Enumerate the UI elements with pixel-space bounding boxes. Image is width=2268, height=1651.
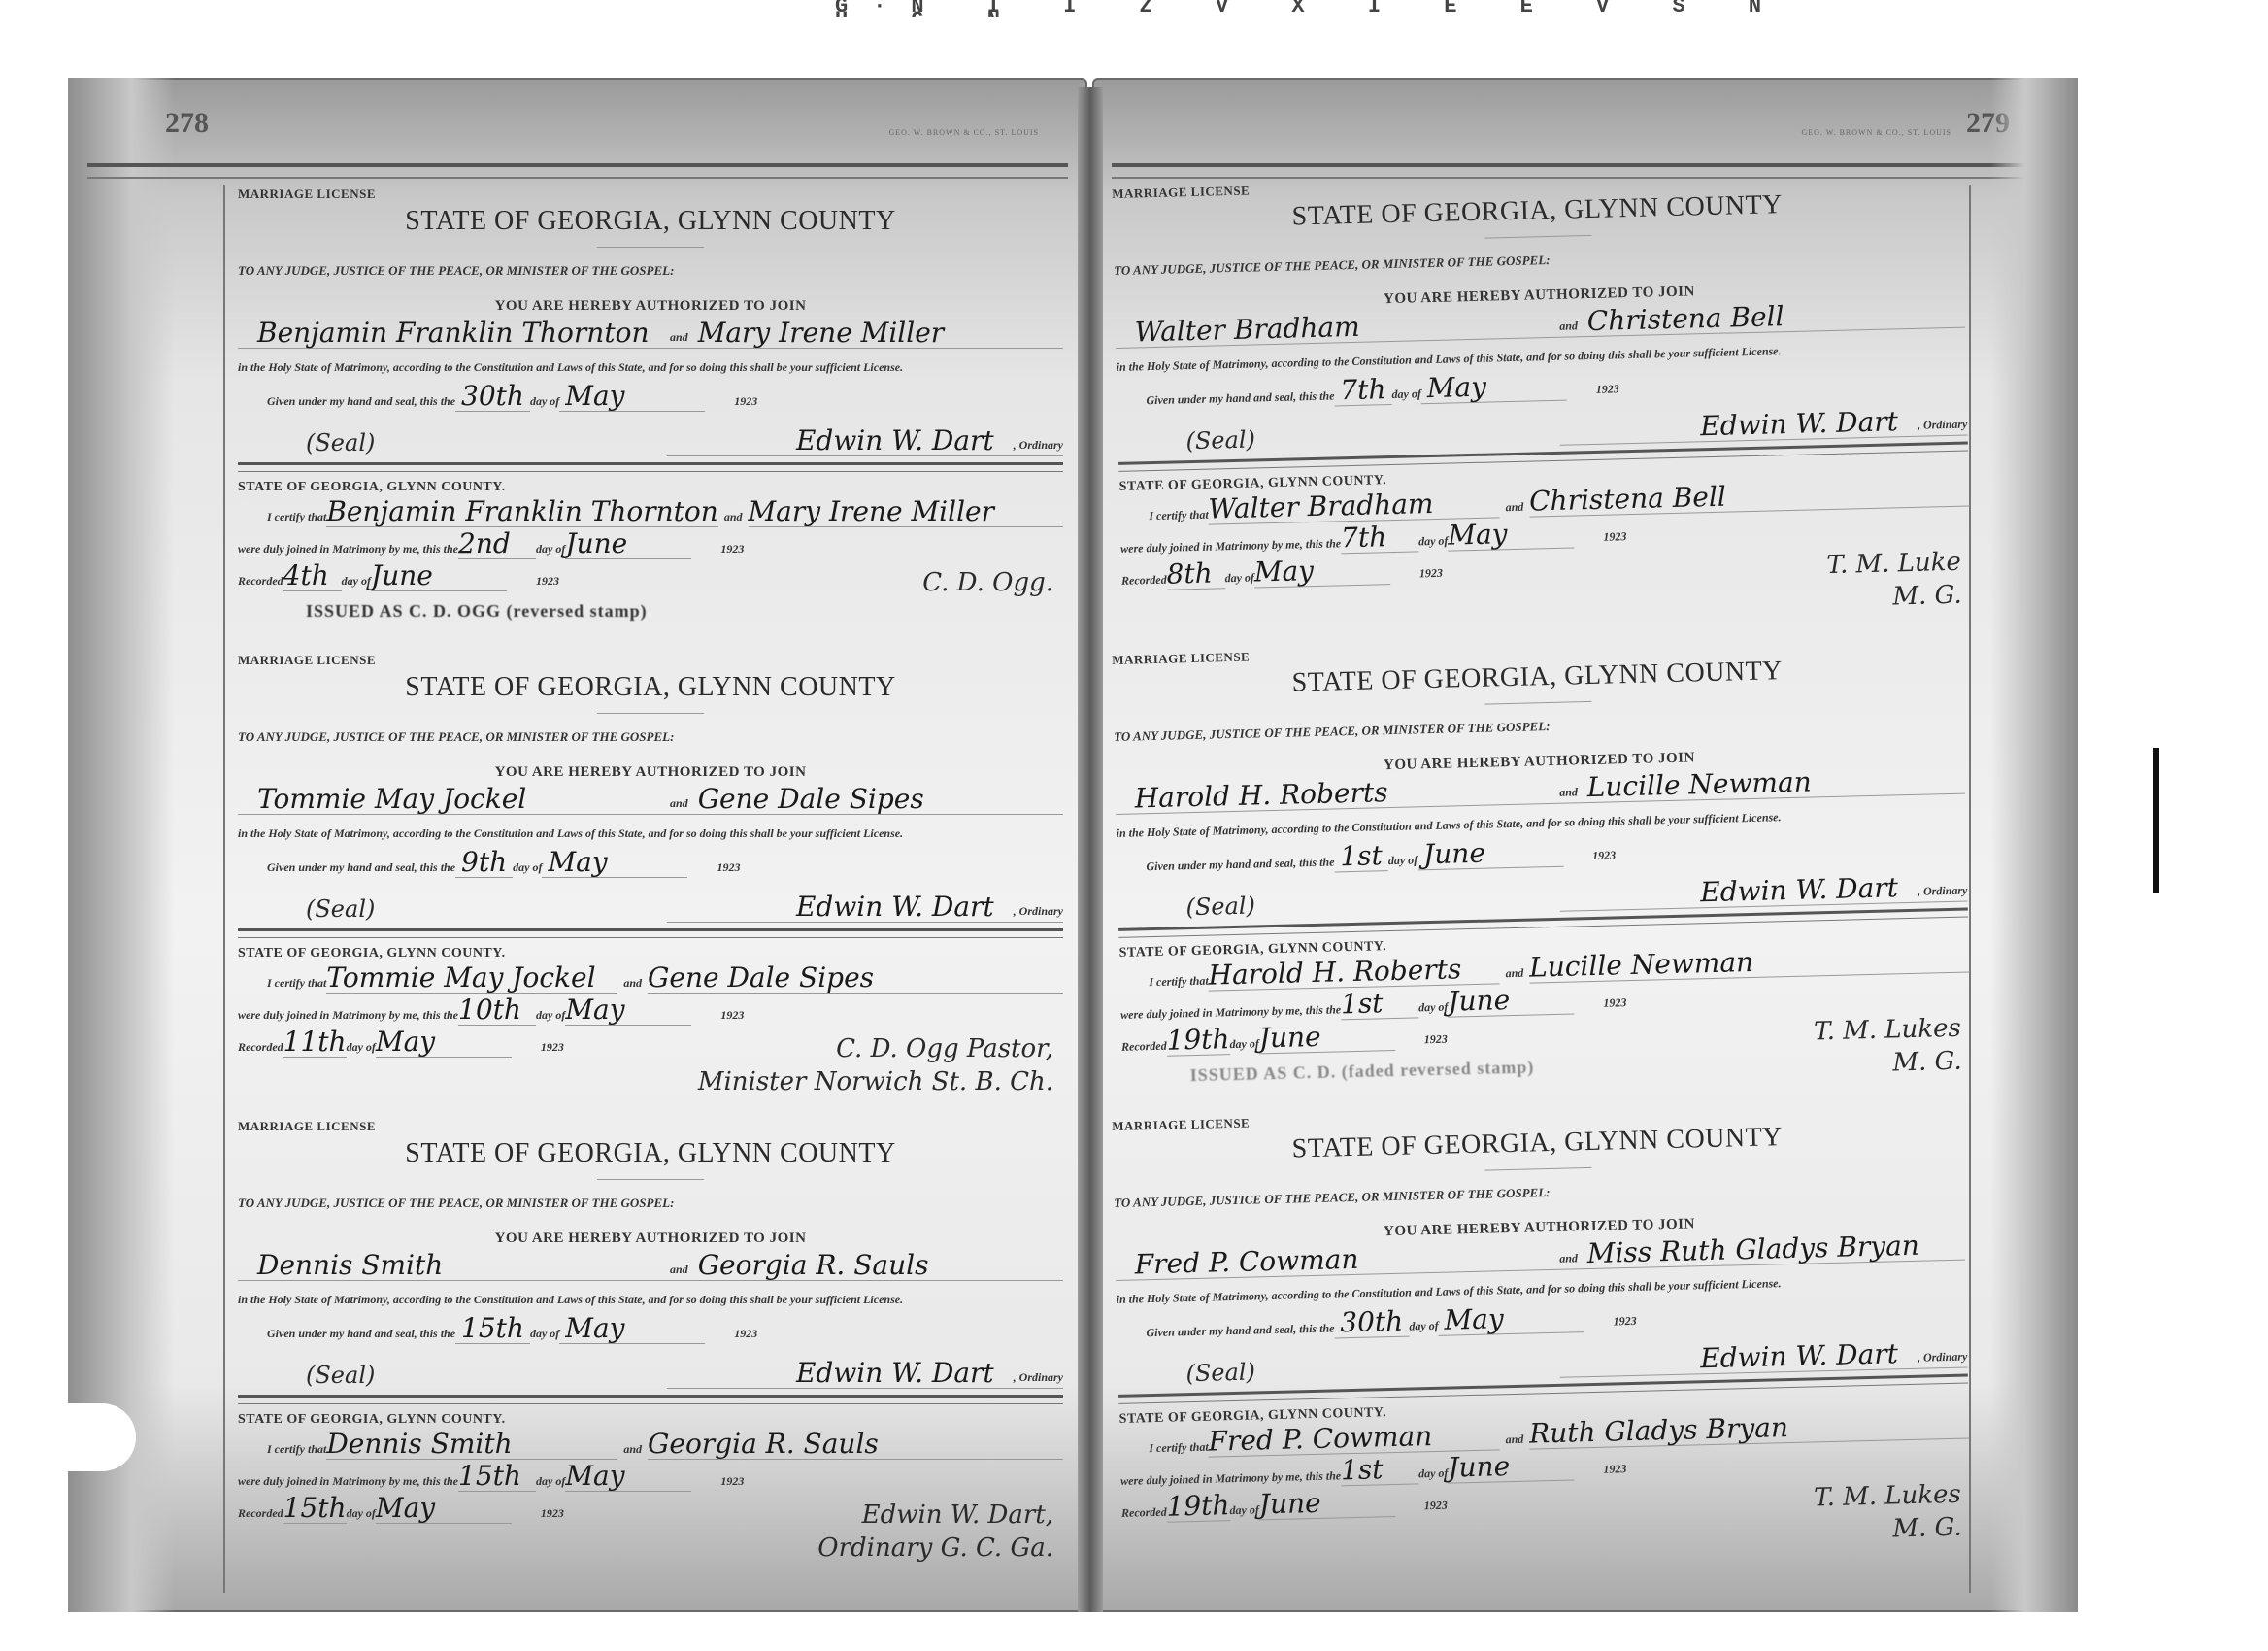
license-month: May	[542, 848, 613, 877]
ordinary-label: , Ordinary	[1014, 438, 1063, 455]
cert-bride-name: Ruth Gladys Bryan	[1529, 1413, 1788, 1449]
salutation: TO ANY JUDGE, JUSTICE OF THE PEACE, OR M…	[238, 1196, 1063, 1211]
joined-day: 7th	[1341, 522, 1387, 553]
license-date-line: Given under my hand and seal, this the 3…	[267, 382, 1063, 412]
officiant-signature: Edwin W. Dart, Ordinary G. C. Ga.	[817, 1499, 1053, 1565]
header-rule	[87, 163, 1068, 179]
and-label: and	[623, 976, 642, 994]
joined-label: were duly joined in Matrimony by me, thi…	[238, 1008, 458, 1026]
joined-line: were duly joined in Matrimony by me, thi…	[238, 1462, 1063, 1492]
day-of-label: day of	[513, 860, 542, 878]
scan-artifact	[29, 1403, 136, 1471]
matrimony-clause: in the Holy State of Matrimony, accordin…	[238, 1289, 1063, 1310]
recorded-month: June	[1258, 1489, 1321, 1520]
joined-year: 1923	[720, 542, 744, 559]
page-content: MARRIAGE LICENSE STATE OF GEORGIA, GLYNN…	[1112, 183, 1961, 1583]
license-year: 1923	[1613, 1314, 1636, 1332]
certify-label: I certify that	[267, 1442, 326, 1460]
joined-day: 2nd	[458, 529, 511, 558]
bride-name: Mary Irene Miller	[698, 319, 944, 348]
cert-bride-name: Mary Irene Miller	[749, 497, 994, 526]
ordinary-label: , Ordinary	[1918, 884, 1968, 902]
day-of-label: day of	[1418, 534, 1449, 553]
clerk-stamp: ISSUED AS C. D. OGG (reversed stamp)	[306, 601, 1063, 622]
cert-groom-name: Harold H. Roberts	[1208, 955, 1461, 990]
day-of-label: day of	[536, 1474, 565, 1492]
day-of-label: day of	[1409, 1319, 1439, 1337]
cert-groom-name: Benjamin Franklin Thornton	[326, 497, 717, 526]
day-of-label: day of	[1391, 387, 1421, 405]
license-title: STATE OF GEORGIA, GLYNN COUNTY	[238, 672, 1063, 703]
names-line: Tommie May Jockel and Gene Dale Sipes	[238, 781, 1063, 815]
margin-rule	[1969, 185, 1971, 1593]
certify-label: I certify that	[267, 976, 326, 994]
certify-label: I certify that	[1149, 974, 1209, 993]
ordinary-signature-line: Edwin W. Dart , Ordinary	[1559, 406, 1968, 446]
certificate-heading: STATE OF GEORGIA, GLYNN COUNTY.	[238, 946, 1063, 961]
salutation: TO ANY JUDGE, JUSTICE OF THE PEACE, OR M…	[238, 729, 1063, 745]
joined-month: May	[565, 1462, 624, 1491]
groom-name: Harold H. Roberts	[1115, 774, 1559, 814]
day-of-label: day of	[1418, 1466, 1449, 1485]
ordinary-label: , Ordinary	[1918, 418, 1968, 436]
recorded-month: May	[376, 1028, 435, 1057]
license-day: 9th	[455, 848, 513, 877]
bride-name: Lucille Newman	[1586, 767, 1812, 802]
ordinary-signature: Edwin W. Dart	[1700, 873, 1898, 907]
seal-mark: (Seal)	[306, 1362, 375, 1389]
license-title: STATE OF GEORGIA, GLYNN COUNTY	[238, 1138, 1063, 1169]
license-day: 30th	[455, 382, 530, 411]
groom-name: Fred P. Cowman	[1115, 1240, 1559, 1280]
license-month: May	[559, 1314, 630, 1343]
license-month: May	[1438, 1304, 1510, 1335]
day-of-label: day of	[530, 1327, 559, 1344]
recorded-day: 15th	[283, 1494, 347, 1523]
certify-label: I certify that	[1149, 508, 1209, 526]
given-label: Given under my hand and seal, this the	[1146, 1321, 1334, 1343]
license-day: 30th	[1334, 1307, 1410, 1338]
ordinary-label: , Ordinary	[1014, 1370, 1063, 1388]
day-of-label: day of	[1418, 1000, 1449, 1019]
recorded-month: June	[371, 561, 433, 590]
marriage-record: MARRIAGE LICENSE STATE OF GEORGIA, GLYNN…	[238, 183, 1063, 649]
title-underline	[1484, 701, 1591, 705]
joined-year: 1923	[720, 1474, 744, 1492]
printer-imprint: GEO. W. BROWN & CO., ST. LOUIS	[1801, 128, 1951, 137]
marriage-record: MARRIAGE LICENSE STATE OF GEORGIA, GLYNN…	[1112, 1095, 1972, 1581]
certify-line: I certify that Dennis Smith and Georgia …	[267, 1430, 1063, 1460]
day-of-label: day of	[342, 574, 371, 591]
joined-day: 10th	[458, 995, 521, 1025]
authorized-heading: YOU ARE HEREBY AUTHORIZED TO JOIN	[238, 1230, 1063, 1247]
joined-day: 1st	[1341, 1455, 1384, 1485]
seal-signature-row: (Seal) Edwin W. Dart , Ordinary	[238, 1346, 1063, 1389]
officiant-title: Ordinary G. C. Ga.	[817, 1532, 1053, 1565]
license-year: 1923	[1592, 848, 1616, 866]
license-month: May	[559, 382, 630, 411]
license-label: MARRIAGE LICENSE	[238, 649, 1063, 668]
officiant-title: M. G.	[1827, 579, 1962, 615]
officiant-name: Edwin W. Dart,	[817, 1499, 1053, 1532]
recorded-year: 1923	[541, 1506, 564, 1524]
license-year: 1923	[734, 1327, 757, 1344]
joined-month: June	[1448, 1452, 1511, 1483]
officiant-name: T. M. Lukes	[1814, 1012, 1961, 1049]
recorded-day: 19th	[1166, 1491, 1230, 1522]
day-of-label: day of	[347, 1506, 376, 1524]
seal-mark: (Seal)	[1185, 892, 1255, 921]
given-label: Given under my hand and seal, this the	[1146, 855, 1334, 877]
names-line: Dennis Smith and Georgia R. Sauls	[238, 1247, 1063, 1281]
recorded-day: 8th	[1166, 559, 1213, 590]
certify-label: I certify that	[267, 510, 326, 527]
certify-line: I certify that Tommie May Jockel and Gen…	[267, 963, 1063, 994]
cert-groom-name: Dennis Smith	[326, 1430, 512, 1459]
margin-rule	[223, 185, 225, 1593]
section-divider	[238, 462, 1063, 472]
officiant-signature: T. M. Lukes M. G.	[1814, 1478, 1962, 1548]
ordinary-signature-line: Edwin W. Dart , Ordinary	[667, 893, 1063, 923]
day-of-label: day of	[1224, 571, 1254, 590]
day-of-label: day of	[530, 394, 559, 412]
officiant-signature: C. D. Ogg.	[922, 566, 1053, 599]
scan-header-strip: G·N I I Z V X I E E V S N U G N	[835, 0, 1845, 17]
recorded-label: Recorded	[238, 1506, 283, 1524]
cert-groom-name: Fred P. Cowman	[1208, 1422, 1432, 1457]
and-label: and	[670, 796, 688, 814]
and-label: and	[1505, 1432, 1523, 1450]
recorded-label: Recorded	[1121, 573, 1167, 591]
recorded-label: Recorded	[238, 1040, 283, 1058]
joined-month: June	[565, 529, 627, 558]
bride-name: Miss Ruth Gladys Bryan	[1586, 1231, 1919, 1268]
recorded-day: 11th	[283, 1028, 347, 1057]
ledger-book: 278 GEO. W. BROWN & CO., ST. LOUIS MARRI…	[68, 78, 2087, 1622]
marriage-record: MARRIAGE LICENSE STATE OF GEORGIA, GLYNN…	[238, 1115, 1063, 1581]
recorded-day: 4th	[283, 561, 329, 590]
bride-name: Georgia R. Sauls	[698, 1251, 929, 1280]
cert-groom-name: Walter Bradham	[1208, 489, 1434, 524]
seal-mark: (Seal)	[306, 429, 375, 456]
salutation: TO ANY JUDGE, JUSTICE OF THE PEACE, OR M…	[1114, 243, 1963, 279]
certify-line: I certify that Benjamin Franklin Thornto…	[267, 497, 1063, 527]
given-label: Given under my hand and seal, this the	[267, 394, 455, 412]
salutation: TO ANY JUDGE, JUSTICE OF THE PEACE, OR M…	[1114, 709, 1963, 745]
and-label: and	[1559, 785, 1578, 802]
certificate-heading: STATE OF GEORGIA, GLYNN COUNTY.	[238, 480, 1063, 495]
and-label: and	[1505, 966, 1523, 984]
title-underline	[597, 1179, 704, 1180]
joined-year: 1923	[1603, 529, 1626, 548]
authorized-heading: YOU ARE HEREBY AUTHORIZED TO JOIN	[238, 298, 1063, 315]
and-label: and	[670, 1263, 688, 1280]
seal-mark: (Seal)	[1185, 1358, 1255, 1387]
license-day: 7th	[1334, 375, 1392, 405]
recorded-day: 19th	[1166, 1025, 1230, 1056]
recorded-month: June	[1258, 1023, 1321, 1054]
recorded-label: Recorded	[1121, 1505, 1167, 1524]
joined-line: were duly joined in Matrimony by me, thi…	[238, 995, 1063, 1026]
section-divider	[238, 1395, 1063, 1404]
joined-month: May	[1448, 520, 1508, 550]
marriage-record: MARRIAGE LICENSE STATE OF GEORGIA, GLYNN…	[1112, 628, 1972, 1115]
cert-bride-name: Christena Bell	[1529, 483, 1726, 517]
recorded-label: Recorded	[238, 574, 283, 591]
seal-signature-row: (Seal) Edwin W. Dart , Ordinary	[238, 880, 1063, 923]
joined-year: 1923	[1603, 1462, 1626, 1480]
groom-name: Benjamin Franklin Thornton	[238, 319, 670, 348]
groom-name: Walter Bradham	[1115, 308, 1559, 348]
joined-label: were duly joined in Matrimony by me, thi…	[238, 1474, 458, 1492]
marriage-record: MARRIAGE LICENSE STATE OF GEORGIA, GLYNN…	[1112, 162, 1972, 649]
officiant-signature: T. M. Luke M. G.	[1826, 546, 1962, 615]
matrimony-clause: in the Holy State of Matrimony, accordin…	[238, 356, 1063, 378]
book-gutter	[1078, 87, 1103, 1612]
bride-name: Gene Dale Sipes	[698, 785, 924, 814]
and-label: and	[724, 510, 743, 527]
joined-year: 1923	[1603, 995, 1626, 1014]
seal-mark: (Seal)	[306, 895, 375, 923]
ordinary-signature-line: Edwin W. Dart , Ordinary	[667, 1359, 1063, 1389]
given-label: Given under my hand and seal, this the	[267, 860, 455, 878]
license-day: 1st	[1334, 841, 1388, 871]
license-label: MARRIAGE LICENSE	[238, 183, 1063, 202]
title-underline	[597, 713, 704, 714]
joined-day: 15th	[458, 1462, 521, 1491]
license-year: 1923	[734, 394, 757, 412]
page-number: 278	[165, 107, 209, 140]
officiant-name: T. M. Lukes	[1814, 1478, 1961, 1515]
ordinary-signature: Edwin W. Dart	[796, 1359, 994, 1388]
cert-bride-name: Gene Dale Sipes	[648, 963, 874, 993]
certify-label: I certify that	[1149, 1440, 1209, 1459]
given-label: Given under my hand and seal, this the	[267, 1327, 455, 1344]
and-label: and	[1559, 1251, 1578, 1268]
recorded-month: May	[376, 1494, 435, 1523]
day-of-label: day of	[1229, 1036, 1259, 1055]
license-title: STATE OF GEORGIA, GLYNN COUNTY	[238, 206, 1063, 237]
marriage-record: MARRIAGE LICENSE STATE OF GEORGIA, GLYNN…	[238, 649, 1063, 1115]
recorded-label: Recorded	[1121, 1039, 1167, 1058]
certificate-heading: STATE OF GEORGIA, GLYNN COUNTY.	[238, 1412, 1063, 1428]
recorded-year: 1923	[541, 1040, 564, 1058]
cert-groom-name: Tommie May Jockel	[326, 963, 595, 993]
day-of-label: day of	[347, 1040, 376, 1058]
day-of-label: day of	[1229, 1502, 1259, 1521]
and-label: and	[623, 1442, 642, 1460]
seal-mark: (Seal)	[1185, 425, 1255, 455]
ordinary-signature: Edwin W. Dart	[1700, 407, 1898, 441]
recorded-year: 1923	[536, 574, 559, 591]
license-year: 1923	[1596, 382, 1619, 400]
ordinary-signature-line: Edwin W. Dart , Ordinary	[667, 426, 1063, 456]
groom-name: Tommie May Jockel	[238, 785, 670, 814]
title-underline	[597, 247, 704, 248]
license-month: June	[1417, 839, 1492, 870]
matrimony-clause: in the Holy State of Matrimony, accordin…	[238, 823, 1063, 844]
page-content: MARRIAGE LICENSE STATE OF GEORGIA, GLYNN…	[238, 183, 1063, 1583]
officiant-title: Minister Norwich St. B. Ch.	[698, 1065, 1053, 1098]
ordinary-label: , Ordinary	[1918, 1350, 1968, 1368]
recorded-year: 1923	[1419, 566, 1443, 585]
license-date-line: Given under my hand and seal, this the 1…	[267, 1314, 1063, 1344]
officiant-name: T. M. Luke	[1826, 546, 1961, 582]
ordinary-signature: Edwin W. Dart	[796, 893, 994, 922]
authorized-heading: YOU ARE HEREBY AUTHORIZED TO JOIN	[238, 764, 1063, 781]
and-label: and	[670, 330, 688, 348]
ordinary-signature: Edwin W. Dart	[796, 426, 994, 455]
bride-name: Christena Bell	[1586, 302, 1784, 336]
joined-month: May	[565, 995, 624, 1025]
ordinary-signature: Edwin W. Dart	[1700, 1339, 1898, 1373]
recorded-year: 1923	[1424, 1499, 1448, 1517]
title-underline	[1484, 1167, 1591, 1171]
joined-year: 1923	[720, 1008, 744, 1026]
ordinary-signature-line: Edwin W. Dart , Ordinary	[1559, 872, 1968, 912]
title-underline	[1484, 235, 1591, 239]
officiant-signature: C. D. Ogg Pastor, Minister Norwich St. B…	[698, 1032, 1053, 1098]
ordinary-signature-line: Edwin W. Dart , Ordinary	[1559, 1338, 1968, 1378]
recorded-year: 1923	[1424, 1032, 1448, 1051]
right-page: 279 GEO. W. BROWN & CO., ST. LOUIS MARRI…	[1092, 78, 2078, 1612]
printer-imprint: GEO. W. BROWN & CO., ST. LOUIS	[888, 128, 1039, 137]
joined-month: June	[1448, 986, 1511, 1017]
salutation: TO ANY JUDGE, JUSTICE OF THE PEACE, OR M…	[238, 263, 1063, 279]
groom-name: Dennis Smith	[238, 1251, 670, 1280]
left-page: 278 GEO. W. BROWN & CO., ST. LOUIS MARRI…	[68, 78, 1087, 1612]
ordinary-label: , Ordinary	[1014, 904, 1063, 922]
license-date-line: Given under my hand and seal, this the 9…	[267, 848, 1063, 878]
license-year: 1923	[717, 860, 740, 878]
recorded-month: May	[1253, 556, 1314, 587]
license-label: MARRIAGE LICENSE	[238, 1115, 1063, 1134]
joined-label: were duly joined in Matrimony by me, thi…	[238, 542, 458, 559]
seal-signature-row: (Seal) Edwin W. Dart , Ordinary	[238, 414, 1063, 456]
page-number: 279	[1966, 107, 2010, 140]
officiant-name: C. D. Ogg.	[922, 566, 1053, 599]
officiant-name: C. D. Ogg Pastor,	[698, 1032, 1053, 1065]
joined-line: were duly joined in Matrimony by me, thi…	[238, 529, 1063, 559]
license-day: 15th	[455, 1314, 530, 1343]
given-label: Given under my hand and seal, this the	[1146, 388, 1334, 411]
day-of-label: day of	[1388, 853, 1418, 871]
day-of-label: day of	[536, 1008, 565, 1026]
and-label: and	[1559, 319, 1578, 336]
day-of-label: day of	[536, 542, 565, 559]
joined-day: 1st	[1341, 989, 1384, 1019]
section-divider	[238, 928, 1063, 938]
cert-bride-name: Lucille Newman	[1529, 948, 1754, 983]
cert-bride-name: Georgia R. Sauls	[648, 1430, 879, 1459]
license-month: May	[1420, 372, 1492, 403]
officiant-title: M. G.	[1815, 1511, 1962, 1548]
names-line: Benjamin Franklin Thornton and Mary Iren…	[238, 315, 1063, 349]
salutation: TO ANY JUDGE, JUSTICE OF THE PEACE, OR M…	[1114, 1175, 1963, 1211]
scan-edge-mark	[2153, 748, 2159, 893]
and-label: and	[1505, 500, 1523, 518]
